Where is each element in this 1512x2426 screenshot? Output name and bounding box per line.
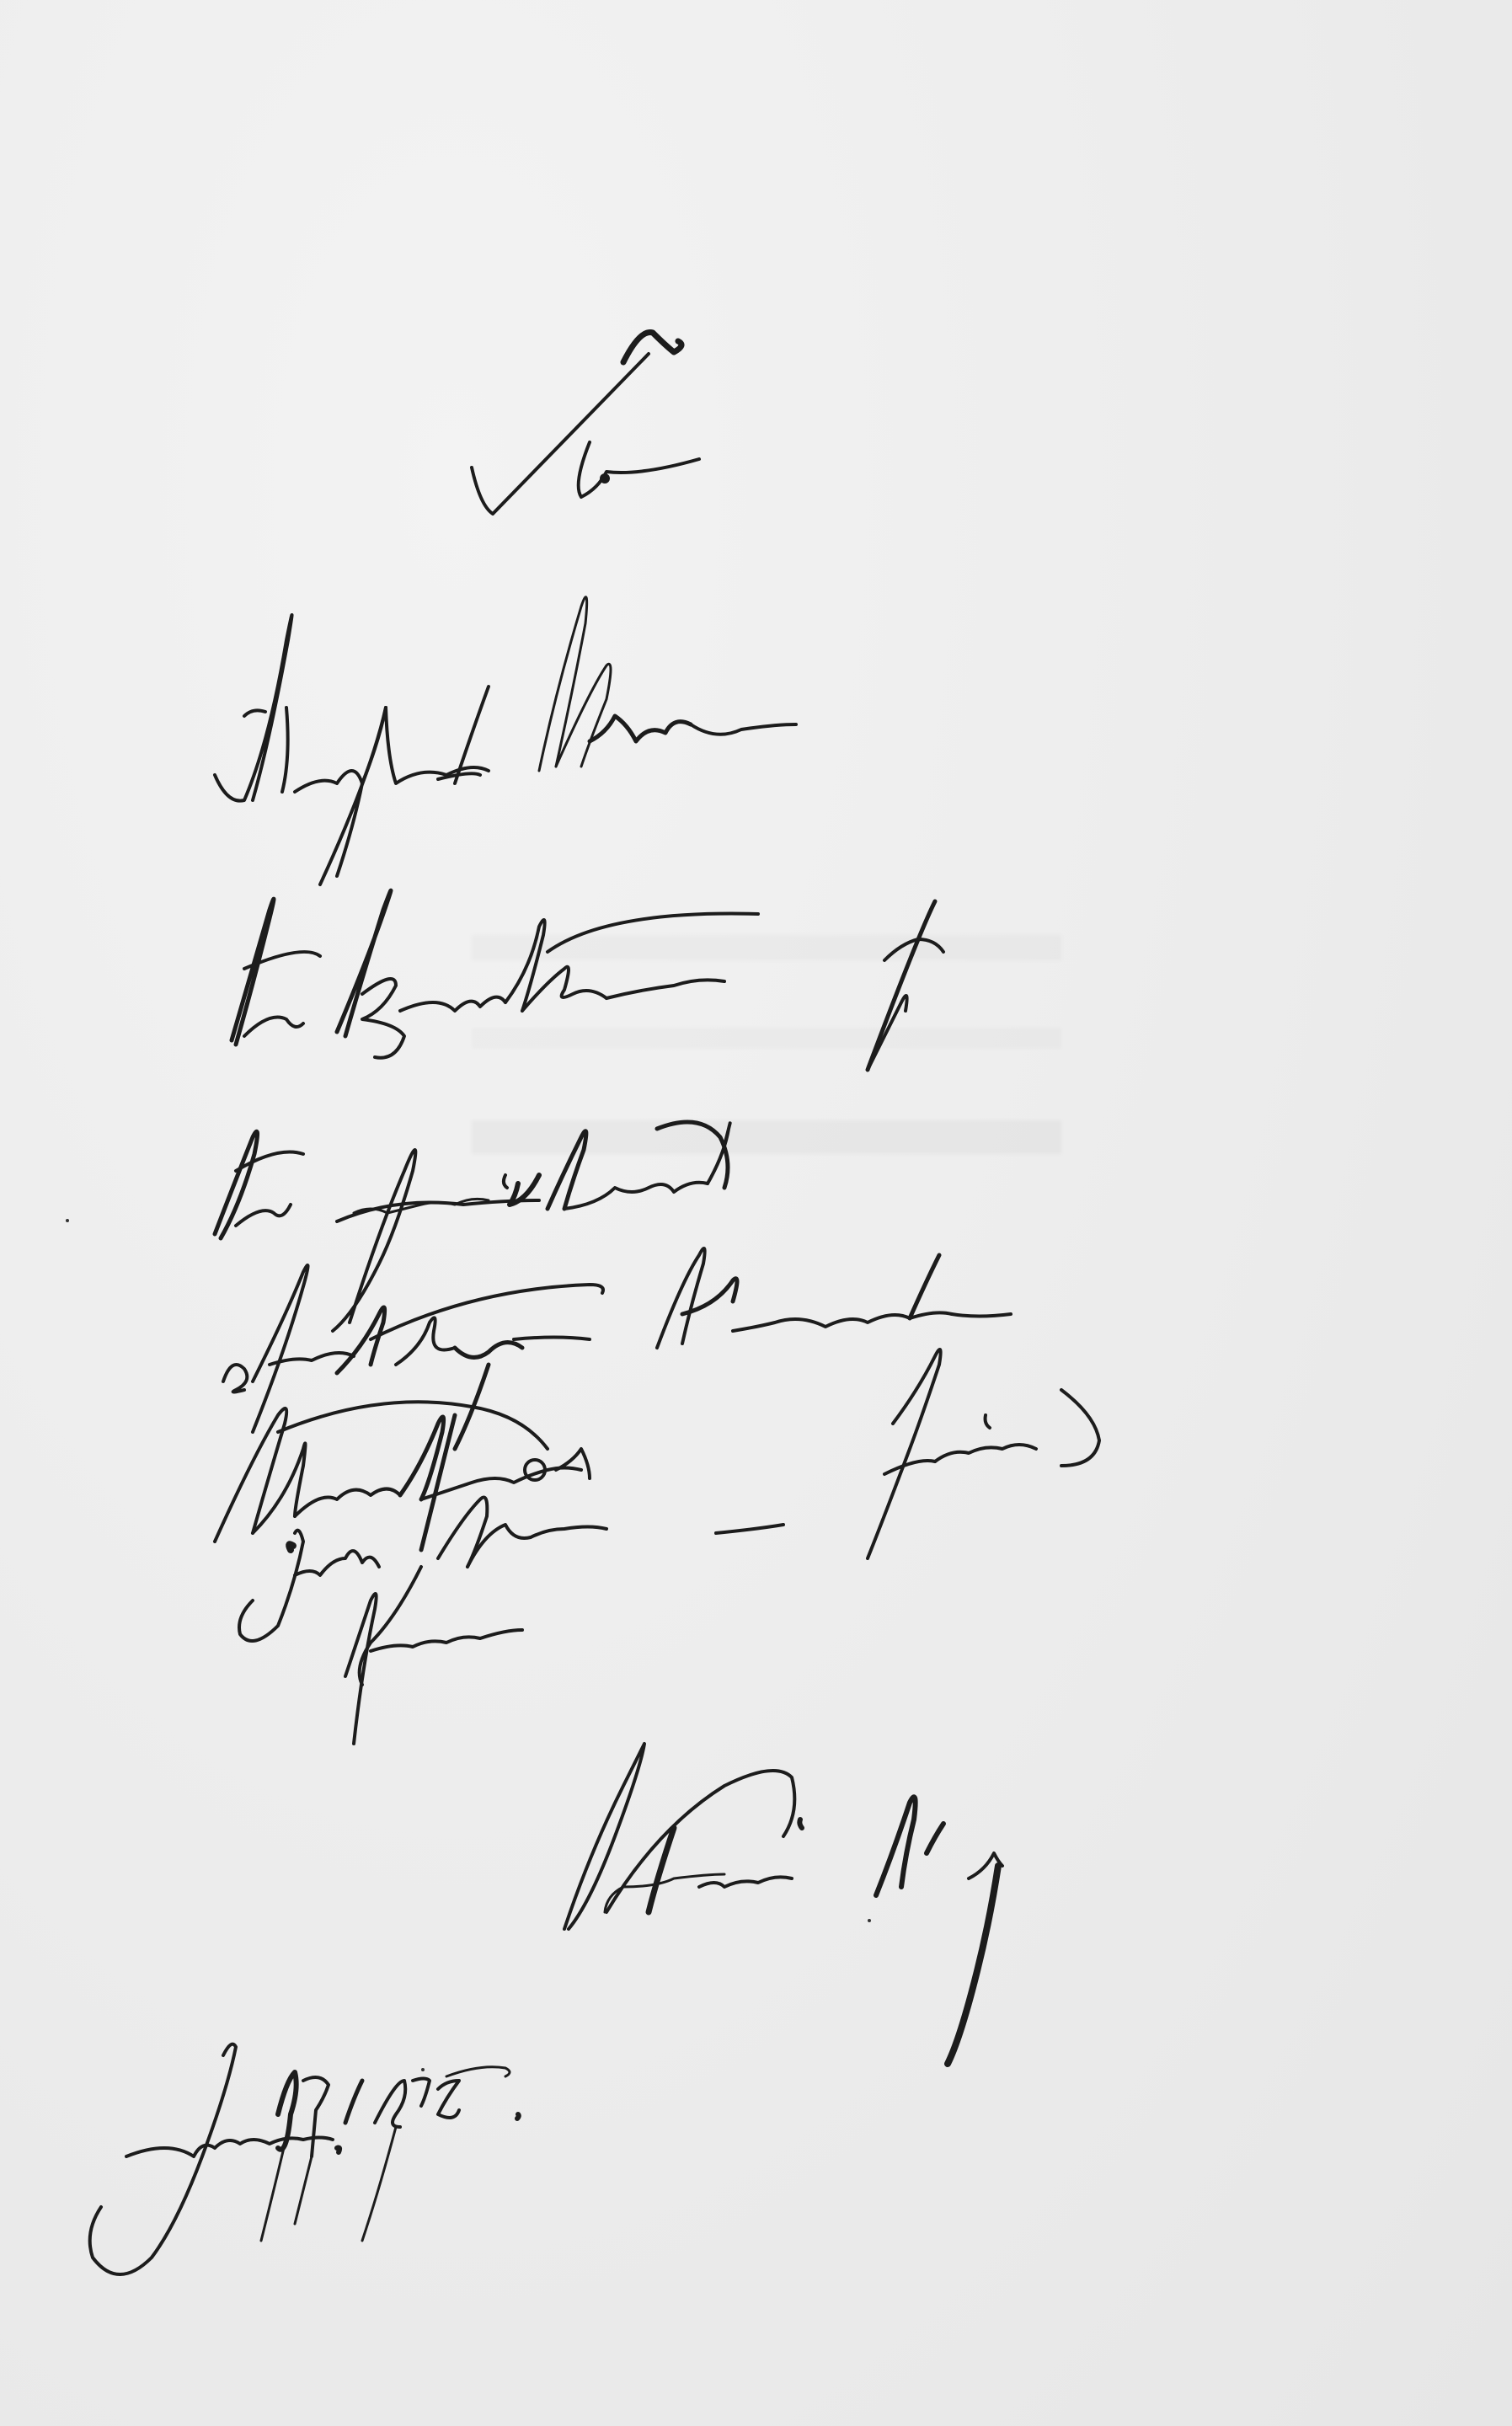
line-queens-devoted: the Queen's devoted: [215, 1137, 1177, 1245]
line-date: June 27. 1875.: [84, 2055, 891, 2183]
line-relation: the Brother of: [227, 910, 953, 1027]
line-from: from: [345, 1600, 548, 1699]
line-to: To: [472, 354, 592, 471]
ink-speck: [66, 1219, 69, 1222]
inscription-page: To Hugh Brown the Brother of the Queen's…: [0, 0, 1512, 2426]
line-faithful-personal: & faithful Personal: [223, 1280, 1109, 1388]
line-signature: Victoria R & I: [564, 1744, 1386, 1881]
ink-speck: [868, 1919, 871, 1922]
line-recipient: Hugh Brown: [215, 657, 974, 794]
line-attendant-friend: Attendant & friend: [215, 1415, 1104, 1523]
